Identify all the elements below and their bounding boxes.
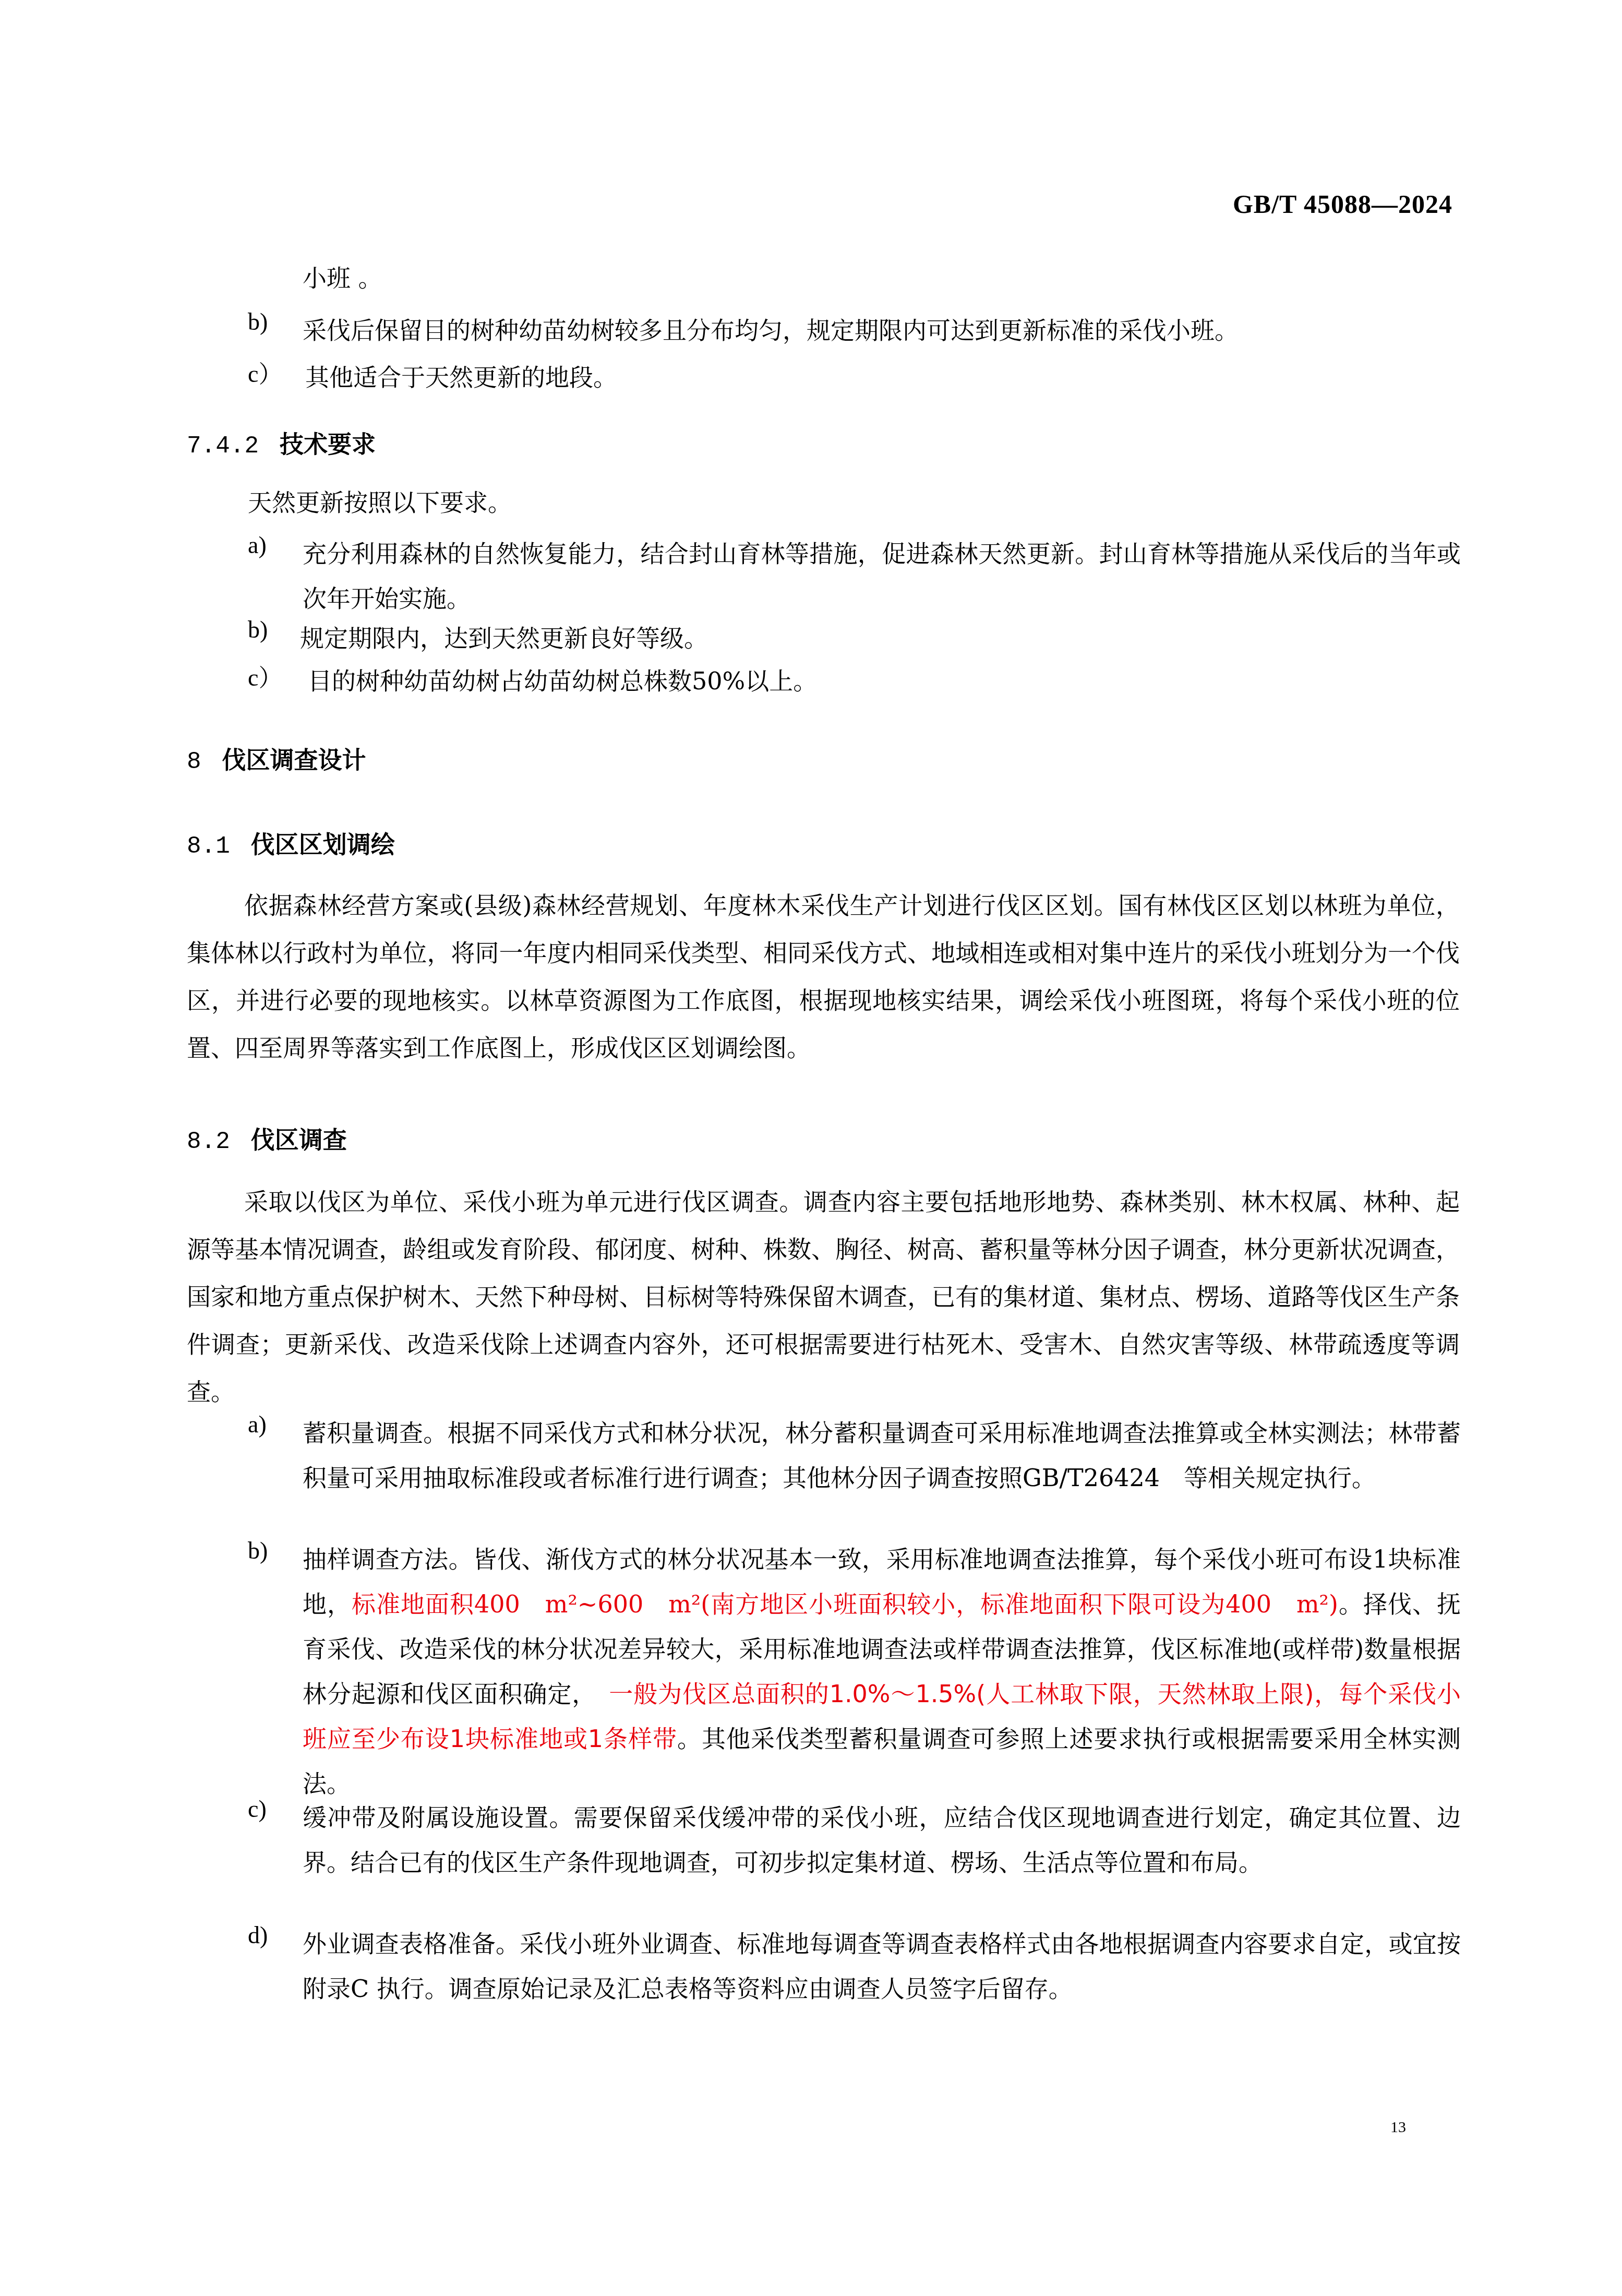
list-label: c）: [248, 355, 282, 389]
list-label: b): [248, 1537, 268, 1564]
list-label: c): [248, 1795, 267, 1823]
section-heading-8-1: 8.1伐区区划调绘: [187, 826, 395, 860]
list-label: b): [248, 308, 268, 336]
section-number: 7.4.2: [187, 433, 259, 460]
list-text: 抽样调查方法。皆伐、渐伐方式的林分状况基本一致，采用标准地调查法推算，每个采伐小…: [303, 1537, 1461, 1806]
document-page: GB/T 45088—2024 小班 。 b) 采伐后保留目的树种幼苗幼树较多且…: [0, 0, 1622, 2296]
list-label: a): [248, 1410, 267, 1438]
list-item: d) 外业调查表格准备。采伐小班外业调查、标准地每调查等调查表格样式由各地根据调…: [248, 1921, 1461, 2011]
list-text: 目的树种幼苗幼树占幼苗幼树总株数50%以上。: [308, 659, 1461, 703]
section-number: 8: [187, 748, 201, 775]
list-text: 缓冲带及附属设施设置。需要保留采伐缓冲带的采伐小班，应结合伐区现地调查进行划定，…: [303, 1795, 1461, 1885]
list-label: a): [248, 531, 267, 559]
highlighted-text-segment: 标准地面积400 m²~600 m²(南方地区小班面积较小，标准地面积下限可设为…: [352, 1590, 1338, 1618]
section-title: 伐区调查设计: [222, 746, 366, 774]
section-title: 技术要求: [280, 430, 376, 458]
list-item: a) 充分利用森林的自然恢复能力，结合封山育林等措施，促进森林天然更新。封山育林…: [248, 531, 1461, 621]
list-item: b) 采伐后保留目的树种幼苗幼树较多且分布均匀，规定期限内可达到更新标准的采伐小…: [248, 308, 1461, 353]
list-text: 蓄积量调查。根据不同采伐方式和林分状况，林分蓄积量调查可采用标准地调查法推算或全…: [303, 1410, 1461, 1500]
list-label: b): [248, 616, 268, 643]
section-heading-7-4-2: 7.4.2技术要求: [187, 425, 376, 460]
page-number: 13: [1390, 2119, 1406, 2136]
section-title: 伐区区划调绘: [251, 830, 395, 858]
section-title: 伐区调查: [251, 1126, 347, 1154]
list-item: c) 缓冲带及附属设施设置。需要保留采伐缓冲带的采伐小班，应结合伐区现地调查进行…: [248, 1795, 1461, 1885]
section-number: 8.1: [187, 833, 230, 860]
list-item: c） 目的树种幼苗幼树占幼苗幼树总株数50%以上。: [248, 659, 1461, 703]
continuation-text: 小班 。: [303, 264, 382, 293]
standard-number-header: GB/T 45088—2024: [1233, 189, 1452, 219]
section-heading-8-2: 8.2伐区调查: [187, 1121, 347, 1155]
paragraph-8-1: 依据森林经营方案或(县级)森林经营规划、年度林木采伐生产计划进行伐区区划。国有林…: [187, 882, 1460, 1072]
list-text: 充分利用森林的自然恢复能力，结合封山育林等措施，促进森林天然更新。封山育林等措施…: [303, 531, 1461, 621]
list-text: 外业调查表格准备。采伐小班外业调查、标准地每调查等调查表格样式由各地根据调查内容…: [303, 1921, 1461, 2011]
list-item: b) 抽样调查方法。皆伐、渐伐方式的林分状况基本一致，采用标准地调查法推算，每个…: [248, 1537, 1461, 1806]
paragraph-8-2: 采取以伐区为单位、采伐小班为单元进行伐区调查。调查内容主要包括地形地势、森林类别…: [187, 1178, 1460, 1416]
list-text: 规定期限内，达到天然更新良好等级。: [300, 616, 1461, 661]
list-item: b) 规定期限内，达到天然更新良好等级。: [248, 616, 1461, 661]
intro-text: 天然更新按照以下要求。: [248, 488, 512, 517]
list-label: c）: [248, 659, 282, 693]
list-text: 采伐后保留目的树种幼苗幼树较多且分布均匀，规定期限内可达到更新标准的采伐小班。: [303, 308, 1461, 353]
section-heading-8: 8伐区调查设计: [187, 741, 366, 775]
list-text: 其他适合于天然更新的地段。: [305, 355, 1461, 400]
list-item: c） 其他适合于天然更新的地段。: [248, 355, 1461, 400]
list-label: d): [248, 1921, 268, 1949]
highlighted-text-segment: 一般为伐区总面积的: [609, 1680, 829, 1708]
list-item: a) 蓄积量调查。根据不同采伐方式和林分状况，林分蓄积量调查可采用标准地调查法推…: [248, 1410, 1461, 1500]
section-number: 8.2: [187, 1128, 230, 1155]
